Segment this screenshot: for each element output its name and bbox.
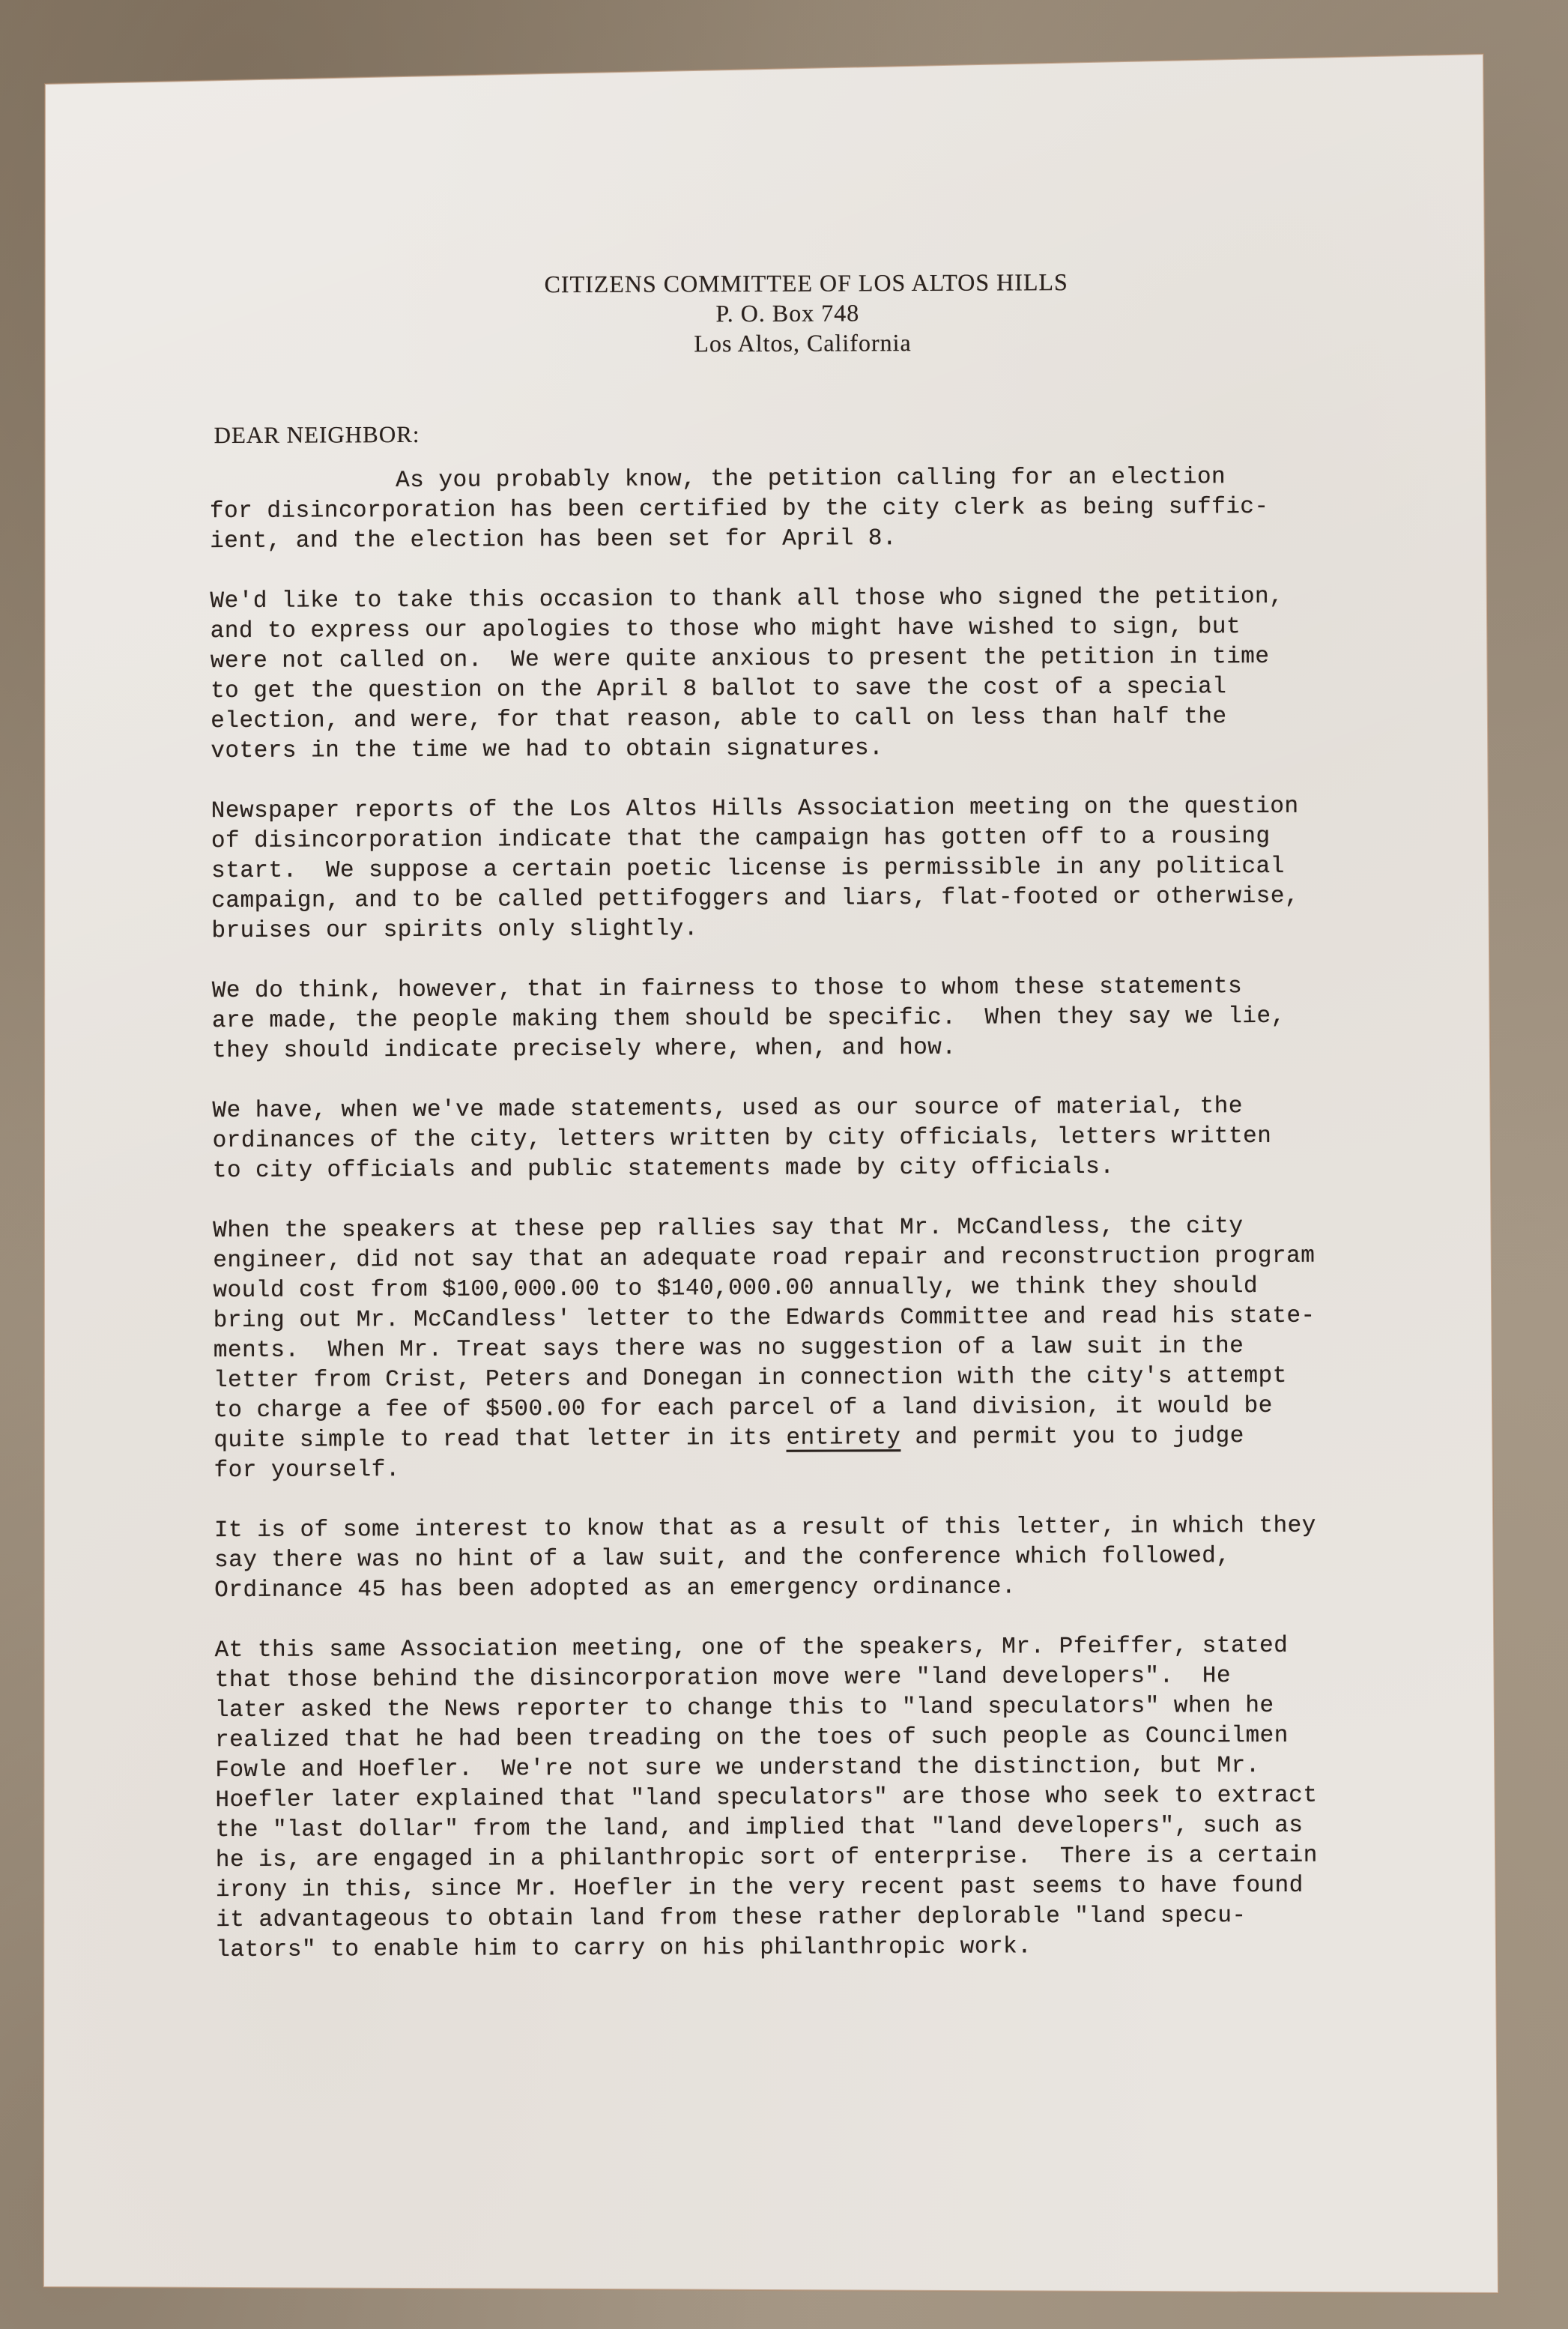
text-line: We have, when we've made statements, use… [212, 1091, 1381, 1126]
text-line: Hoefler later explained that "land specu… [215, 1780, 1384, 1816]
paragraph-8: At this same Association meeting, one of… [215, 1631, 1385, 1966]
text-line: bring out Mr. McCandless' letter to the … [214, 1301, 1382, 1336]
letter-body: As you probably know, the petition calli… [210, 462, 1385, 1996]
text-line: letter from Crist, Peters and Donegan in… [214, 1361, 1382, 1396]
paragraph-2: We'd like to take this occasion to thank… [210, 582, 1379, 767]
text-line: were not called on. We were quite anxiou… [211, 641, 1379, 677]
text-line: it advantageous to obtain land from thes… [216, 1900, 1384, 1936]
text-line: are made, the people making them should … [212, 1001, 1381, 1036]
text-line: ordinances of the city, letters written … [213, 1121, 1381, 1156]
text-line: We'd like to take this occasion to thank… [210, 582, 1378, 617]
text-line: the "last dollar" from the land, and imp… [216, 1810, 1384, 1846]
text-line: Fowle and Hoefler. We're not sure we und… [215, 1750, 1384, 1786]
paragraph-1: As you probably know, the petition calli… [210, 462, 1379, 557]
text-line: campaign, and to be called pettifoggers … [211, 881, 1380, 916]
text-line: At this same Association meeting, one of… [215, 1631, 1384, 1666]
text-line: that those behind the disincorporation m… [215, 1661, 1384, 1696]
text-line: ient, and the election has been set for … [210, 522, 1378, 557]
typed-letter: CITIZENS COMMITTEE OF LOS ALTOS HILLS P.… [0, 0, 1568, 2329]
paragraph-4: We do think, however, that in fairness t… [212, 971, 1381, 1066]
text-segment: and permit you to judge [900, 1423, 1244, 1451]
text-line: We do think, however, that in fairness t… [212, 971, 1381, 1006]
text-line: to get the question on the April 8 ballo… [211, 671, 1379, 707]
text-line: would cost from $100,000.00 to $140,000.… [213, 1271, 1381, 1306]
text-line: Ordinance 45 has been adopted as an emer… [214, 1571, 1383, 1606]
text-line: voters in the time we had to obtain sign… [211, 731, 1379, 767]
text-line: lators" to enable him to carry on his ph… [216, 1930, 1384, 1966]
text-line: start. We suppose a certain poetic licen… [211, 851, 1380, 886]
text-line: election, and were, for that reason, abl… [211, 701, 1379, 737]
paragraph-5: We have, when we've made statements, use… [212, 1091, 1381, 1186]
text-line: and to express our apologies to those wh… [211, 611, 1379, 647]
paragraph-7: It is of some interest to know that as a… [214, 1511, 1384, 1606]
text-line: for disincorporation has been certified … [210, 492, 1378, 527]
text-line: to charge a fee of $500.00 for each parc… [214, 1391, 1382, 1426]
paragraph-6: When the speakers at these pep rallies s… [213, 1211, 1383, 1486]
letterhead: CITIZENS COMMITTEE OF LOS ALTOS HILLS P.… [0, 265, 1564, 361]
city-address: Los Altos, California [41, 324, 1564, 361]
text-line: Newspaper reports of the Los Altos Hills… [211, 791, 1380, 827]
text-line: bruises our spirits only slightly. [211, 911, 1380, 946]
text-line: engineer, did not say that an adequate r… [213, 1241, 1381, 1276]
text-line: realized that he had been treading on th… [215, 1721, 1384, 1756]
text-line: As you probably know, the petition calli… [210, 462, 1378, 497]
text-line-with-underline: quite simple to read that letter in its … [214, 1421, 1382, 1456]
text-line: for yourself. [214, 1451, 1382, 1486]
text-line: It is of some interest to know that as a… [214, 1511, 1383, 1546]
paragraph-3: Newspaper reports of the Los Altos Hills… [211, 791, 1381, 946]
text-line: of disincorporation indicate that the ca… [211, 821, 1380, 857]
salutation: DEAR NEIGHBOR: [214, 420, 420, 450]
text-line: later asked the News reporter to change … [215, 1691, 1384, 1726]
text-line: to city officials and public statements … [213, 1151, 1381, 1186]
text-line: ments. When Mr. Treat says there was no … [214, 1331, 1382, 1366]
text-line: say there was no hint of a law suit, and… [214, 1541, 1383, 1576]
text-line: he is, are engaged in a philanthropic so… [216, 1840, 1384, 1876]
text-line: they should indicate precisely where, wh… [212, 1031, 1381, 1066]
text-line: When the speakers at these pep rallies s… [213, 1211, 1381, 1246]
text-line: irony in this, since Mr. Hoefler in the … [216, 1870, 1384, 1906]
underlined-word: entirety [786, 1425, 900, 1452]
text-segment: quite simple to read that letter in its [214, 1425, 786, 1454]
